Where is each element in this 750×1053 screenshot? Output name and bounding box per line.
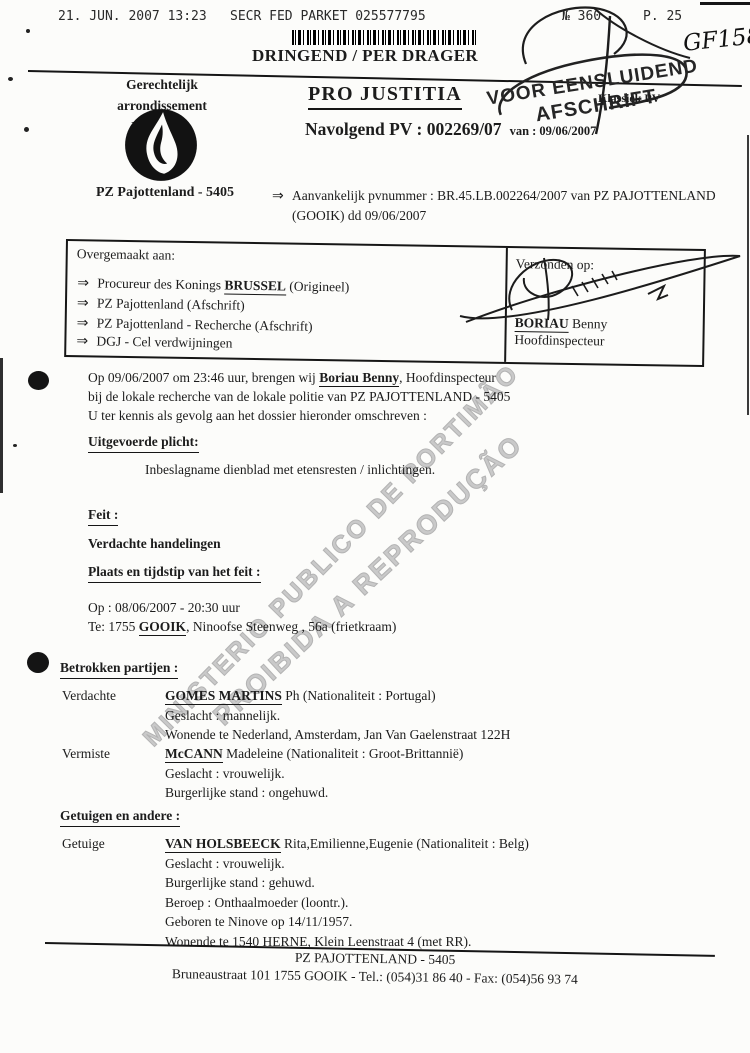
intro-line-2: bij de lokale recherche van de lokale po… — [88, 387, 668, 406]
fax-sender-id: SECR FED PARKET 025577795 — [230, 9, 426, 24]
police-zone-flame-logo — [122, 106, 200, 184]
intro-line-3: U ter kennis als gevolg aan het dossier … — [88, 406, 668, 425]
offence-heading: Feit : — [88, 505, 118, 526]
scanned-fax-document: MINISTERIO PUBLICO DE PORTIMÃO PROIBIDA … — [0, 0, 750, 1053]
routing-item-text: DGJ - Cel verdwijningen — [96, 333, 232, 350]
offence-text: Verdachte handelingen — [88, 534, 221, 553]
place-time-heading: Plaats en tijdstip van het feit : — [88, 562, 261, 583]
fax-datetime: 21. JUN. 2007 13:23 — [58, 9, 207, 24]
offence-place-suffix: , Ninoofse Steenweg , 56a (frietkraam) — [186, 619, 396, 634]
parties-heading: Betrokken partijen : — [60, 658, 178, 679]
scan-edge-line-left — [0, 358, 3, 493]
routing-item-text: PZ Pajottenland (Afschrift) — [97, 295, 245, 312]
scan-edge-mark-top-right — [700, 2, 750, 5]
arrow-icon: ⇒ — [272, 187, 292, 206]
urgency-label: DRINGEND / PER DRAGER — [252, 46, 478, 66]
initial-pv-reference: ⇒Aanvankelijk pvnummer : BR.45.LB.002264… — [272, 186, 722, 225]
duty-text: Inbeslagname dienblad met etensresten / … — [145, 460, 435, 479]
duty-heading: Uitgevoerde plicht: — [88, 432, 199, 453]
offence-place-town: GOOIK — [139, 619, 186, 636]
witness-detail-line: Geboren te Ninove op 14/11/1957. — [165, 912, 529, 932]
party-detail-line: Wonende te Nederland, Amsterdam, Jan Van… — [165, 725, 510, 745]
punch-hole-dot — [28, 371, 49, 390]
party-surname: GOMES MARTINS — [165, 688, 282, 705]
followup-pv-line: Navolgend PV : 002269/07van : 09/06/2007 — [305, 119, 596, 140]
party-detail-line: Geslacht : mannelijk. — [165, 706, 510, 726]
party-row-suspect: Verdachte GOMES MARTINS Ph (Nationalitei… — [62, 686, 722, 745]
party-name-rest: Madeleine (Nationaliteit : Groot-Brittan… — [223, 746, 464, 761]
routing-title: Overgemaakt aan: — [77, 246, 176, 264]
routing-item: ⇒DGJ - Cel verdwijningen — [76, 333, 232, 352]
initial-pv-line-2: (GOOIK) dd 09/06/2007 — [272, 206, 722, 225]
party-details: GOMES MARTINS Ph (Nationaliteit : Portug… — [165, 686, 510, 745]
routing-item-text: Procureur des Konings — [97, 275, 224, 292]
witness-name-rest: Rita,Emilienne,Eugenie (Nationaliteit : … — [281, 836, 529, 851]
barcode — [292, 30, 476, 45]
party-row-missing-person: Vermiste McCANN Madeleine (Nationaliteit… — [62, 744, 722, 803]
punch-hole-dot — [27, 652, 49, 673]
initial-pv-line-1: Aanvankelijk pvnummer : BR.45.LB.002264/… — [292, 188, 716, 203]
scan-speck — [8, 77, 13, 81]
scan-speck — [24, 127, 29, 132]
arrow-icon: ⇒ — [77, 275, 97, 292]
party-surname: McCANN — [165, 746, 223, 763]
place-time-details: Op : 08/06/2007 - 20:30 uur Te: 1755 GOO… — [88, 598, 396, 636]
routing-item: ⇒PZ Pajottenland (Afschrift) — [77, 295, 245, 315]
routing-item-suffix: (Origineel) — [286, 278, 350, 294]
party-role-label: Verdachte — [62, 686, 165, 745]
witnesses-heading: Getuigen en andere : — [60, 806, 180, 827]
party-name-rest: Ph (Nationaliteit : Portugal) — [282, 688, 436, 703]
party-detail-line: Burgerlijke stand : ongehuwd. — [165, 783, 463, 803]
scan-speck — [26, 29, 30, 33]
police-unit-name: PZ Pajottenland - 5405 — [96, 185, 234, 201]
routing-item-emphasis: BRUSSEL — [224, 277, 286, 295]
witness-detail-line: Beroep : Onthaalmoeder (loontr.). — [165, 893, 529, 913]
arrow-icon: ⇒ — [77, 295, 97, 312]
page-title: PRO JUSTITIA — [308, 83, 462, 110]
witness-role-label: Getuige — [62, 834, 165, 951]
scan-speck — [13, 444, 17, 447]
officer-name: Boriau Benny — [319, 370, 399, 387]
pv-date: van : 09/06/2007 — [510, 124, 597, 138]
routing-item: ⇒Procureur des Konings BRUSSEL (Originee… — [77, 275, 349, 296]
arrow-icon: ⇒ — [77, 315, 97, 332]
witness-detail-line: Geslacht : vrouwelijk. — [165, 854, 529, 874]
witness-detail-line: Burgerlijke stand : gehuwd. — [165, 873, 529, 893]
arrow-icon: ⇒ — [76, 333, 96, 350]
intro-line-1: Op 09/06/2007 om 23:46 uur, brengen wij — [88, 370, 319, 385]
party-details: McCANN Madeleine (Nationaliteit : Groot-… — [165, 744, 463, 803]
offence-place-line: Te: 1755 — [88, 619, 139, 634]
pv-number: Navolgend PV : 002269/07 — [305, 119, 502, 139]
signature — [452, 230, 750, 342]
intro-line-1-suffix: , Hoofdinspecteur — [399, 370, 496, 385]
party-role-label: Vermiste — [62, 744, 165, 803]
witness-row: Getuige VAN HOLSBEECK Rita,Emilienne,Eug… — [62, 834, 722, 951]
intro-paragraph: Op 09/06/2007 om 23:46 uur, brengen wij … — [88, 368, 668, 425]
witness-surname: VAN HOLSBEECK — [165, 836, 281, 853]
party-detail-line: Geslacht : vrouwelijk. — [165, 764, 463, 784]
witness-details: VAN HOLSBEECK Rita,Emilienne,Eugenie (Na… — [165, 834, 529, 951]
routing-item-text: PZ Pajottenland - Recherche (Afschrift) — [97, 315, 313, 333]
offence-date-line: Op : 08/06/2007 - 20:30 uur — [88, 598, 396, 617]
footer: PZ PAJOTTENLAND - 5405 Bruneaustraat 101… — [0, 945, 750, 991]
